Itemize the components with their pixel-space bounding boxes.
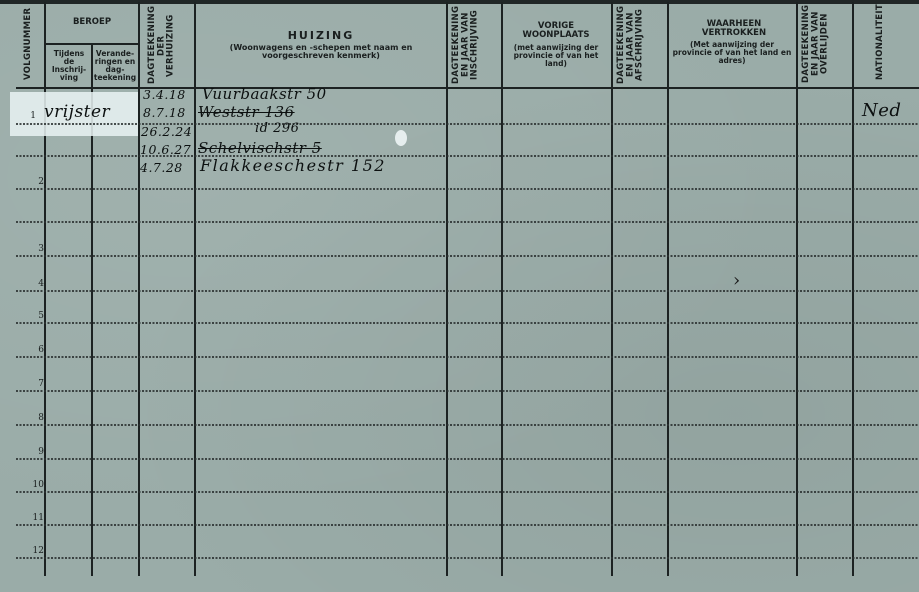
row-number: 11 [20, 513, 44, 523]
nationaliteit-entry: Ned [862, 100, 901, 121]
header-nationaliteit: NATIONALITEIT [876, 8, 885, 80]
move-address: Flakkeeschestr 152 [200, 156, 386, 175]
move-address: Weststr 136 [198, 103, 295, 121]
header-dagteekening-overlijden: DAGTEEKENING EN JAAR VAN OVERLIJDEN [802, 4, 846, 84]
header-beroep-veranderingen: Verande- ringen en dag- teekening [93, 50, 137, 82]
row-line [16, 255, 919, 257]
beroep-entry: vrijster [44, 102, 110, 122]
paper-spot [395, 130, 407, 146]
row-number: 9 [20, 447, 44, 457]
move-address: id 296 [255, 121, 299, 136]
move-address: Vuurbaakstr 50 [202, 85, 327, 103]
row-line [16, 557, 919, 559]
row-number: 4 [20, 279, 44, 289]
header-beroep-tijdens: Tijdens de Inschrij- ving [50, 50, 88, 82]
row-number: 2 [20, 177, 44, 187]
header-volgnummer: VOLGNUMMER [24, 10, 33, 80]
header-waarheen-sub: (Met aanwijzing der provincie of van het… [670, 41, 794, 65]
row-line [16, 356, 919, 358]
header-waarheen: WAARHEEN VERTROKKEN [696, 20, 772, 38]
header-huizing: HUIZING [196, 30, 446, 42]
row-line [16, 491, 919, 493]
row-number: 3 [20, 244, 44, 254]
row-line [16, 390, 919, 392]
header-dagteekening-afschrijving: DAGTEEKENING EN JAAR VAN AFSCHRIJVING [617, 6, 661, 84]
move-date: 8.7.18 [143, 105, 186, 120]
header-dagteekening-inschrijving: DAGTEEKENING EN JAAR VAN INSCHRIJVING [452, 6, 496, 84]
header-vorige-woonplaats: VORIGE WOONPLAATS [516, 22, 596, 40]
move-date: 3.4.18 [143, 87, 186, 102]
header-huizing-sub: (Woonwagens en -schepen met naam en voor… [228, 44, 414, 61]
header-vorige-sub: (met aanwijzing der provincie of van het… [512, 44, 600, 68]
row-line [16, 188, 919, 190]
row-number: 10 [20, 480, 44, 490]
header-dagteekening-verhuizing: DAGTEEKENING DER VERHUIZING [148, 8, 186, 84]
row-line [16, 322, 919, 324]
row-line [16, 221, 919, 223]
row-line [16, 524, 919, 526]
row-line [16, 290, 919, 292]
row-line [16, 458, 919, 460]
stray-mark: › [733, 270, 740, 291]
move-date: 4.7.28 [140, 160, 183, 175]
row-number: 8 [20, 413, 44, 423]
move-date: 26.2.24 [141, 124, 192, 139]
move-date: 10.6.27 [140, 142, 191, 157]
registration-card: VOLGNUMMER BEROEP Tijdens de Inschrij- v… [0, 0, 919, 592]
row-number: 12 [20, 546, 44, 556]
row-line [16, 424, 919, 426]
beroep-subdivider [44, 43, 138, 45]
move-address: Schelvischstr 5 [198, 139, 322, 157]
row-number: 1 [14, 111, 36, 121]
row-number: 7 [20, 379, 44, 389]
header-beroep: BEROEP [46, 18, 138, 27]
row-number: 5 [20, 311, 44, 321]
row-number: 6 [20, 345, 44, 355]
